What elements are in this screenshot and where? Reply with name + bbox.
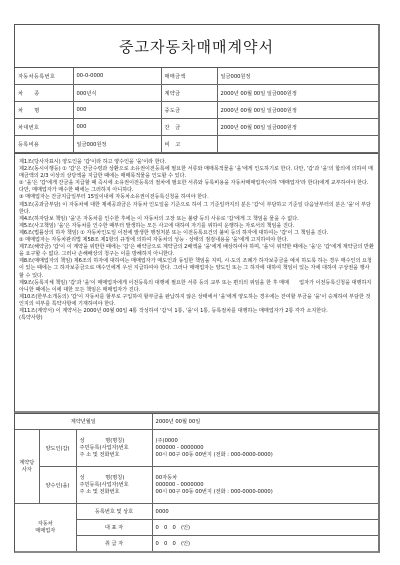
clause-6-1: 제6조(법률상의 하자 책임) ① 자동차인도일 이전에 발생한 행정처분 또는… [19, 230, 374, 237]
seller-id-number: 000000 - 0000000 [156, 445, 375, 452]
info-value: 일금000원정 [73, 136, 161, 153]
special-terms-heading: (특약사항) [19, 315, 374, 322]
dealer-label: 자동차 매매업자 [15, 504, 76, 552]
buyer-address: 00시 00구 00동 00번지 (전화 : 000-0000-0000) [156, 489, 375, 496]
info-row: 차 명 000 중도금 2000년 00월 00일 일금000원정 [15, 102, 378, 119]
clause-7: 제7조(해약금) '갑'이 이 계약을 위반한 때에는 '갑'은 해약금으로 계… [19, 244, 374, 258]
seller-row: 계약당사자 양도인(갑) 성 명(명칭) 주민등록(사업자)번호 주 소 및 전… [15, 430, 378, 467]
dealer-field-label: 대 표 자 [76, 520, 152, 536]
dealer-row: 자동차 매매업자 등록번호 및 상호 0000 [15, 504, 378, 520]
clause-8: 제8조(매매업자의 책임) 제6조의 하자에 대하여는 매매업자가 매도인과 동… [19, 258, 374, 279]
seller-field-labels: 성 명(명칭) 주민등록(사업자)번호 주 소 및 전화번호 [76, 430, 152, 467]
info-row: 자동차등록번호 00-0-0000 매매금액 일금000원정 [15, 68, 378, 85]
contract-document: 중고자동차매매계약서 자동차등록번호 00-0-0000 매매금액 일금000원… [14, 24, 380, 553]
info-label: 중도금 [161, 102, 217, 119]
info-value: 000 [73, 119, 161, 136]
clause-2-2: ② '을'은 '갑'에게 잔금을 지급할 때 즉시에 소유권이전등록의 절차에 … [19, 180, 374, 194]
clause-3: 제3조(공과금부담) 이 자동차에 대한 제세공과금은 자동차 인도일을 기준으… [19, 202, 374, 216]
contract-top-block: 중고자동차매매계약서 자동차등록번호 00-0-0000 매매금액 일금000원… [14, 24, 380, 413]
info-label: 자동차등록번호 [15, 68, 73, 85]
seller-address: 00시 00구 00동 00번지 (전화 : 000-0000-0000) [156, 452, 375, 459]
clause-4: 제4조(하자담보 책임) '을'은 자동차를 인수한 후에는 이 자동차의 고장… [19, 216, 374, 223]
contract-date-value: 2000년 00월 00일 [152, 414, 378, 430]
info-label: 매매금액 [161, 68, 217, 85]
buyer-name: 00자동차 [156, 475, 375, 482]
dealer-field-value: 0000 [152, 504, 378, 520]
address-field-label: 주 소 및 전화번호 [80, 489, 149, 496]
contract-date-row: 계약년월일 2000년 00월 00일 [15, 414, 378, 430]
info-label: 비 고 [161, 136, 217, 153]
clause-10: 제10조(한부소개등의) '갑'이 자동차를 할부로 구입하여 할부금을 완납하… [19, 294, 374, 308]
clause-11: 제11조(계약서) 이 계약서는 2000년 00월 00일 4통 작성하여 '… [19, 308, 374, 315]
info-value: 2000년 00월 00일 일금000원정 [217, 119, 378, 136]
dealer-field-value: 0 0 0 (인) [152, 520, 378, 536]
buyer-role: 양수인(을) [39, 467, 76, 504]
document-title: 중고자동차매매계약서 [15, 25, 378, 68]
id-field-label: 주민등록(사업자)번호 [80, 482, 149, 489]
signature-table: 계약년월일 2000년 00월 00일 계약당사자 양도인(갑) 성 명(명칭)… [15, 414, 378, 551]
name-field-label: 성 명(명칭) [80, 475, 149, 482]
buyer-id-number: 000000 - 0000000 [156, 482, 375, 489]
dealer-field-label: 등록번호 및 상호 [76, 504, 152, 520]
info-row: 차대번호 000 잔 금 2000년 00월 00일 일금000원정 [15, 119, 378, 136]
info-label: 잔 금 [161, 119, 217, 136]
id-field-label: 주민등록(사업자)번호 [80, 445, 149, 452]
clause-5: 제5조(사고책임) '을'은 자동차를 인수한 때부터 발생하는 모든 사고에 … [19, 223, 374, 230]
info-value: 000년식 [73, 85, 161, 102]
address-field-label: 주 소 및 전화번호 [80, 452, 149, 459]
clause-9: 제9조(등록지체 책임) '갑'과 '을'이 매매업자에게 이전등록의 대행에 … [19, 280, 374, 294]
info-value: 000 [73, 102, 161, 119]
buyer-values: 00자동차 000000 - 0000000 00시 00구 00동 00번지 … [152, 467, 378, 504]
name-field-label: 성 명(명칭) [80, 438, 149, 445]
info-label: 차 명 [15, 102, 73, 119]
seller-role: 양도인(갑) [39, 430, 76, 467]
clause-2-3: ③ 매매업자는 잔금지급일부터 15일이내에 자동차소유권이전등록신청을 하여야… [19, 194, 374, 201]
seller-name: (주)0000 [156, 438, 375, 445]
info-value: 2000년 00월 00일 일금000원정 [217, 102, 378, 119]
vehicle-info-table: 자동차등록번호 00-0-0000 매매금액 일금000원정 차 종 000년식… [15, 68, 378, 153]
clause-2-1: 제2조(동시이행등) ① '갑'은 잔금수령과 상환으로 소유권이전등록에 필요… [19, 166, 374, 180]
dealer-field-label: 취 급 자 [76, 536, 152, 552]
info-value: 일금000원정 [217, 68, 378, 85]
info-row: 등록비용 일금000원정 비 고 [15, 136, 378, 153]
info-value: 2000년 00월 00일 일금000원정 [217, 85, 378, 102]
contract-clauses: 제1조(당사자표시) 양도인을 '갑'이라 하고 양수인을 '을'이라 한다. … [15, 153, 378, 411]
parties-label: 계약당사자 [15, 430, 39, 504]
seller-values: (주)0000 000000 - 0000000 00시 00구 00동 00번… [152, 430, 378, 467]
buyer-field-labels: 성 명(명칭) 주민등록(사업자)번호 주 소 및 전화번호 [76, 467, 152, 504]
info-label: 차대번호 [15, 119, 73, 136]
info-row: 차 종 000년식 계약금 2000년 00월 00일 일금000원정 [15, 85, 378, 102]
info-label: 차 종 [15, 85, 73, 102]
info-value: 00-0-0000 [73, 68, 161, 85]
info-label: 등록비용 [15, 136, 73, 153]
dealer-field-value: 0 0 0 (인) [152, 536, 378, 552]
buyer-row: 양수인(을) 성 명(명칭) 주민등록(사업자)번호 주 소 및 전화번호 00… [15, 467, 378, 504]
info-label: 계약금 [161, 85, 217, 102]
contract-date-label: 계약년월일 [15, 414, 152, 430]
info-value [217, 136, 378, 153]
signature-block: 계약년월일 2000년 00월 00일 계약당사자 양도인(갑) 성 명(명칭)… [14, 413, 380, 553]
